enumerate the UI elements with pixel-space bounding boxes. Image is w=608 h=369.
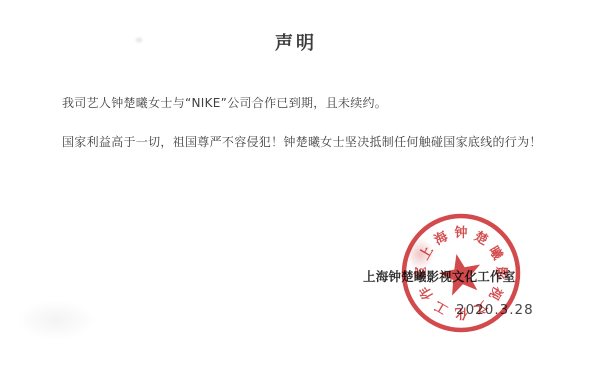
statement-document: 声明 我司艺人钟楚曦女士与“NIKE”公司合作已到期，且未续约。 国家利益高于一…: [0, 0, 608, 369]
statement-paragraph-2: 国家利益高于一切，祖国尊严不容侵犯！钟楚曦女士坚决抵制任何触碰国家底线的行为！: [62, 135, 542, 150]
seal-character: 曦: [485, 243, 505, 262]
seal-character: 楚: [471, 228, 490, 248]
seal-character: 海: [431, 228, 451, 249]
seal-character: 影: [493, 266, 509, 279]
company-seal-svg: 上海钟楚曦影视文化工作室: [399, 211, 523, 335]
seal-star-icon: [436, 250, 485, 298]
statement-paragraph-1: 我司艺人钟楚曦女士与“NIKE”公司合作已到期，且未续约。: [62, 96, 387, 111]
seal-character: 作: [416, 283, 436, 302]
company-seal-stamp: 上海钟楚曦影视文化工作室: [399, 211, 523, 335]
seal-character: 工: [432, 297, 451, 316]
seal-character: 上: [417, 244, 436, 263]
seal-character: 化: [454, 305, 468, 321]
seal-character: 视: [485, 282, 506, 302]
seal-character: 钟: [453, 225, 467, 241]
scan-artifact: [134, 36, 144, 44]
seal-character: 室: [413, 266, 429, 279]
scan-artifact: [16, 300, 96, 340]
document-title: 声明: [0, 29, 592, 55]
seal-character: 文: [471, 297, 490, 317]
